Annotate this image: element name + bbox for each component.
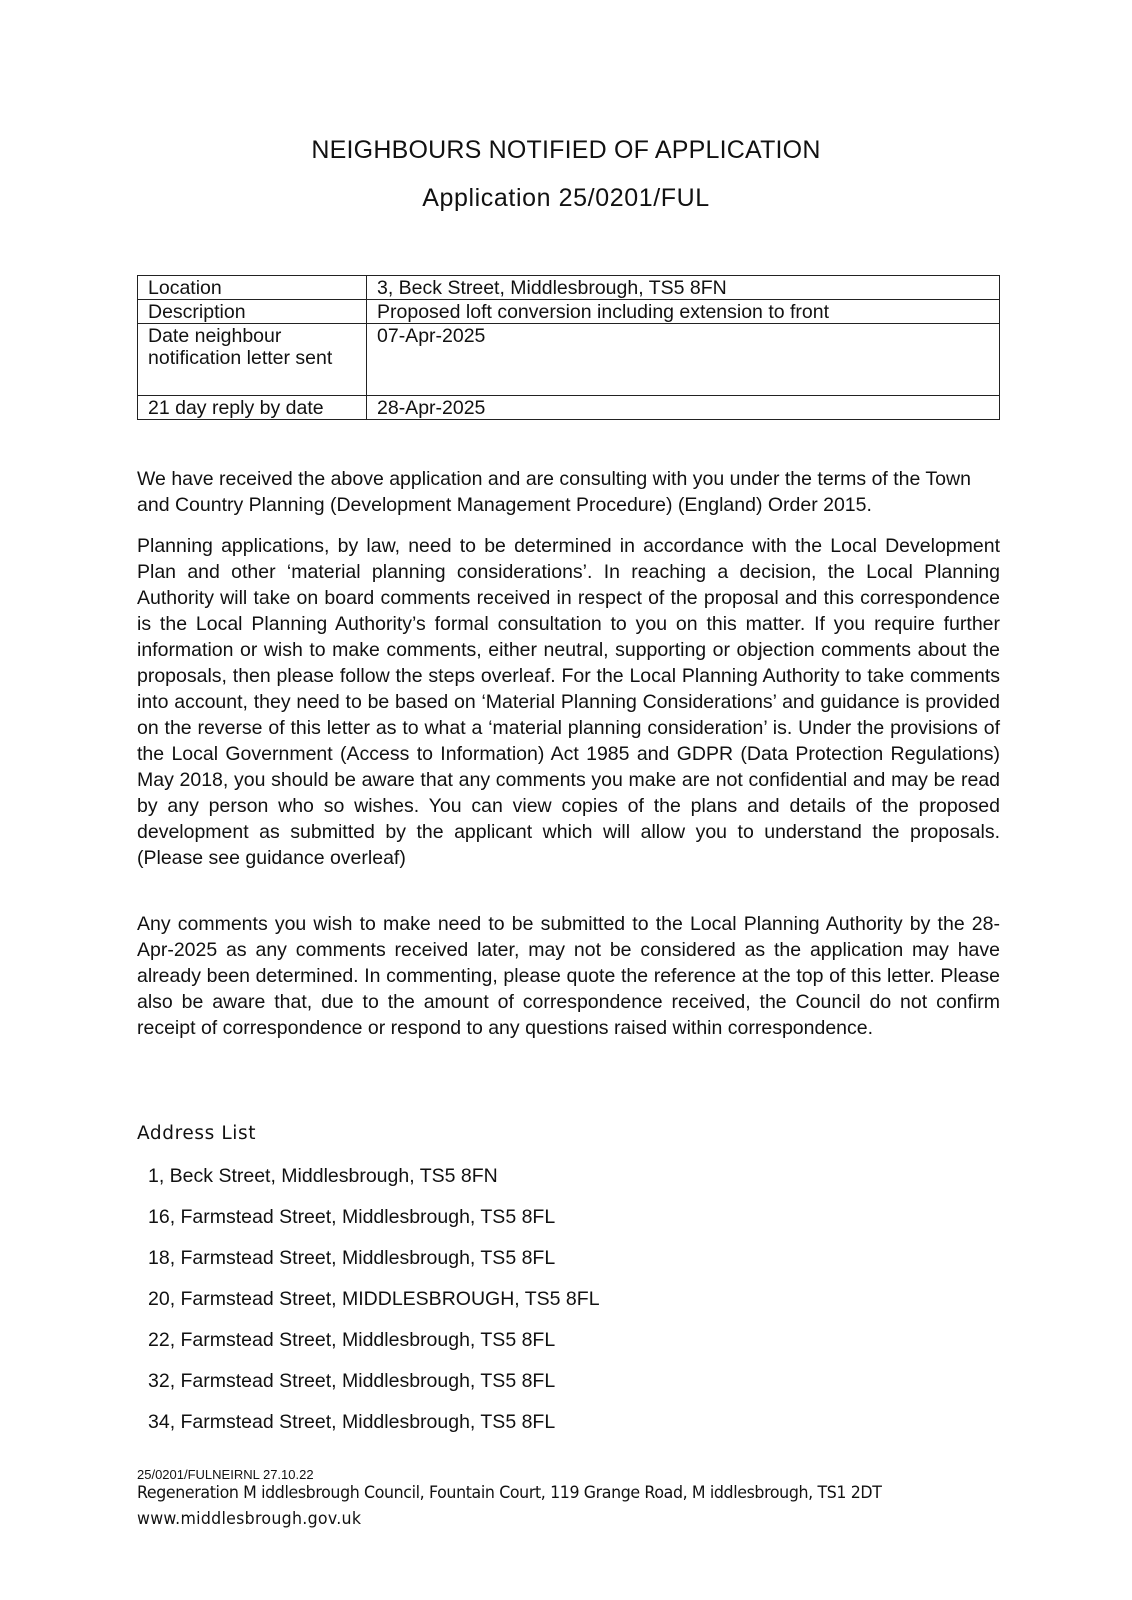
row-value: 3, Beck Street, Middlesbrough, TS5 8FN xyxy=(367,276,1000,300)
row-value: Proposed loft conversion including exten… xyxy=(367,300,1000,324)
letter-page: NEIGHBOURS NOTIFIED OF APPLICATION Appli… xyxy=(0,0,1132,1600)
application-details-table: Location 3, Beck Street, Middlesbrough, … xyxy=(137,275,1000,420)
table-row-reply-by: 21 day reply by date 28-Apr-2025 xyxy=(138,396,1000,420)
footer-council-address: Regeneration M iddlesbrough Council, Fou… xyxy=(137,1483,882,1503)
list-item: 1, Beck Street, Middlesbrough, TS5 8FN xyxy=(148,1165,600,1206)
list-item: 20, Farmstead Street, MIDDLESBROUGH, TS5… xyxy=(148,1288,600,1329)
consultation-paragraph: We have received the above application a… xyxy=(137,466,1000,518)
table-row-date-sent: Date neighbour notification letter sent … xyxy=(138,324,1000,396)
table-row-description: Description Proposed loft conversion inc… xyxy=(138,300,1000,324)
list-item: 32, Farmstead Street, Middlesbrough, TS5… xyxy=(148,1370,600,1411)
row-value: 07-Apr-2025 xyxy=(367,324,1000,396)
list-item: 16, Farmstead Street, Middlesbrough, TS5… xyxy=(148,1206,600,1247)
footer-website: www.middlesbrough.gov.uk xyxy=(137,1509,361,1529)
list-item: 22, Farmstead Street, Middlesbrough, TS5… xyxy=(148,1329,600,1370)
planning-law-paragraph: Planning applications, by law, need to b… xyxy=(137,533,1000,871)
list-item: 18, Farmstead Street, Middlesbrough, TS5… xyxy=(148,1247,600,1288)
application-reference: Application 25/0201/FUL xyxy=(0,184,1132,213)
address-list-heading: Address List xyxy=(137,1123,256,1144)
document-title: NEIGHBOURS NOTIFIED OF APPLICATION xyxy=(0,136,1132,165)
comments-deadline-paragraph: Any comments you wish to make need to be… xyxy=(137,911,1000,1041)
list-item: 34, Farmstead Street, Middlesbrough, TS5… xyxy=(148,1411,600,1452)
row-label: 21 day reply by date xyxy=(138,396,367,420)
row-value: 28-Apr-2025 xyxy=(367,396,1000,420)
table-row-location: Location 3, Beck Street, Middlesbrough, … xyxy=(138,276,1000,300)
row-label: Date neighbour notification letter sent xyxy=(138,324,367,396)
row-label: Description xyxy=(138,300,367,324)
row-label: Location xyxy=(138,276,367,300)
address-list: 1, Beck Street, Middlesbrough, TS5 8FN 1… xyxy=(148,1165,600,1452)
footer-reference: 25/0201/FULNEIRNL 27.10.22 xyxy=(137,1467,314,1482)
